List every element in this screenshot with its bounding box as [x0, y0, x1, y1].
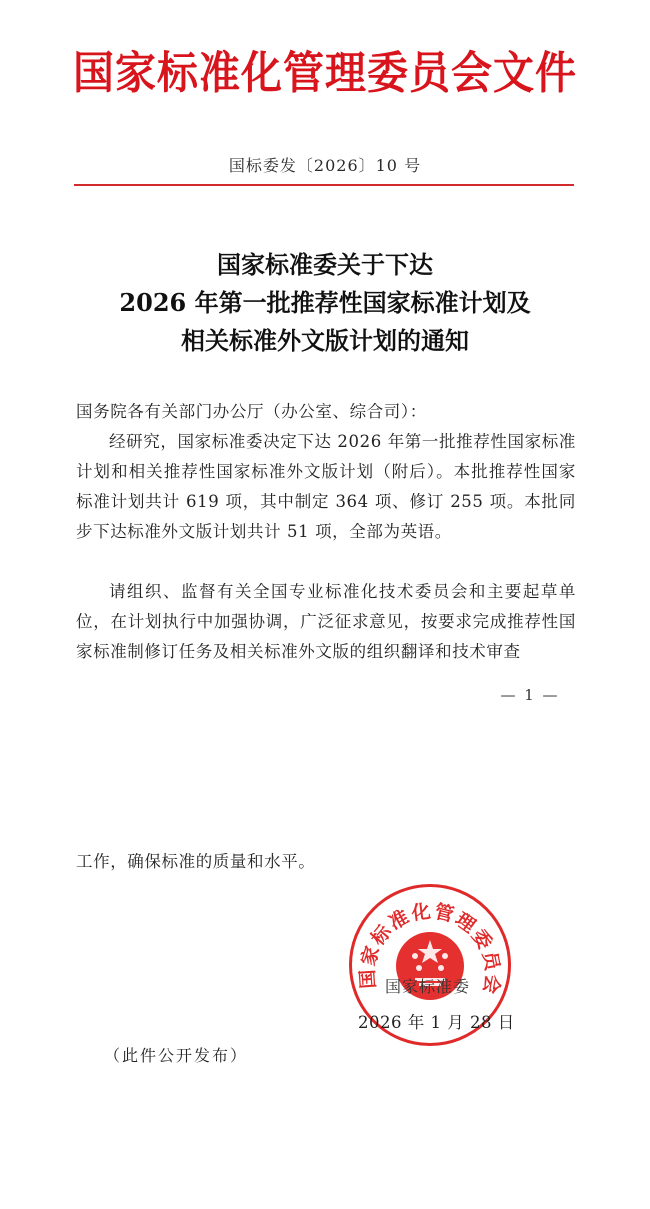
title-line-3: 相关标准外文版计划的通知	[0, 322, 650, 360]
title-line-1: 国家标准委关于下达	[0, 246, 650, 284]
notice-title: 国家标准委关于下达 2026 年第一批推荐性国家标准计划及 相关标准外文版计划的…	[0, 246, 650, 360]
issuer-banner: 国家标准化管理委员会文件	[0, 46, 650, 100]
addressee: 国务院各有关部门办公厅（办公室、综合司）：	[76, 397, 576, 427]
body-paragraph-1: 经研究，国家标准委决定下达 2026 年第一批推荐性国家标准计划和相关推荐性国家…	[76, 427, 576, 547]
title-line-2: 2026 年第一批推荐性国家标准计划及	[0, 284, 650, 322]
page-number: — 1 —	[490, 686, 570, 704]
issue-date: 2026 年 1 月 28 日	[358, 1009, 515, 1033]
public-release-note: （此件公开发布）	[104, 1043, 248, 1066]
red-divider-rule	[74, 184, 574, 186]
body-paragraph-2: 请组织、监督有关全国专业标准化技术委员会和主要起草单位，在计划执行中加强协调，广…	[76, 577, 576, 667]
body-paragraph-2-continuation: 工作，确保标准的质量和水平。	[76, 848, 315, 872]
document-number: 国标委发〔2026〕10 号	[0, 153, 650, 176]
signer-name: 国家标准委	[385, 974, 470, 997]
